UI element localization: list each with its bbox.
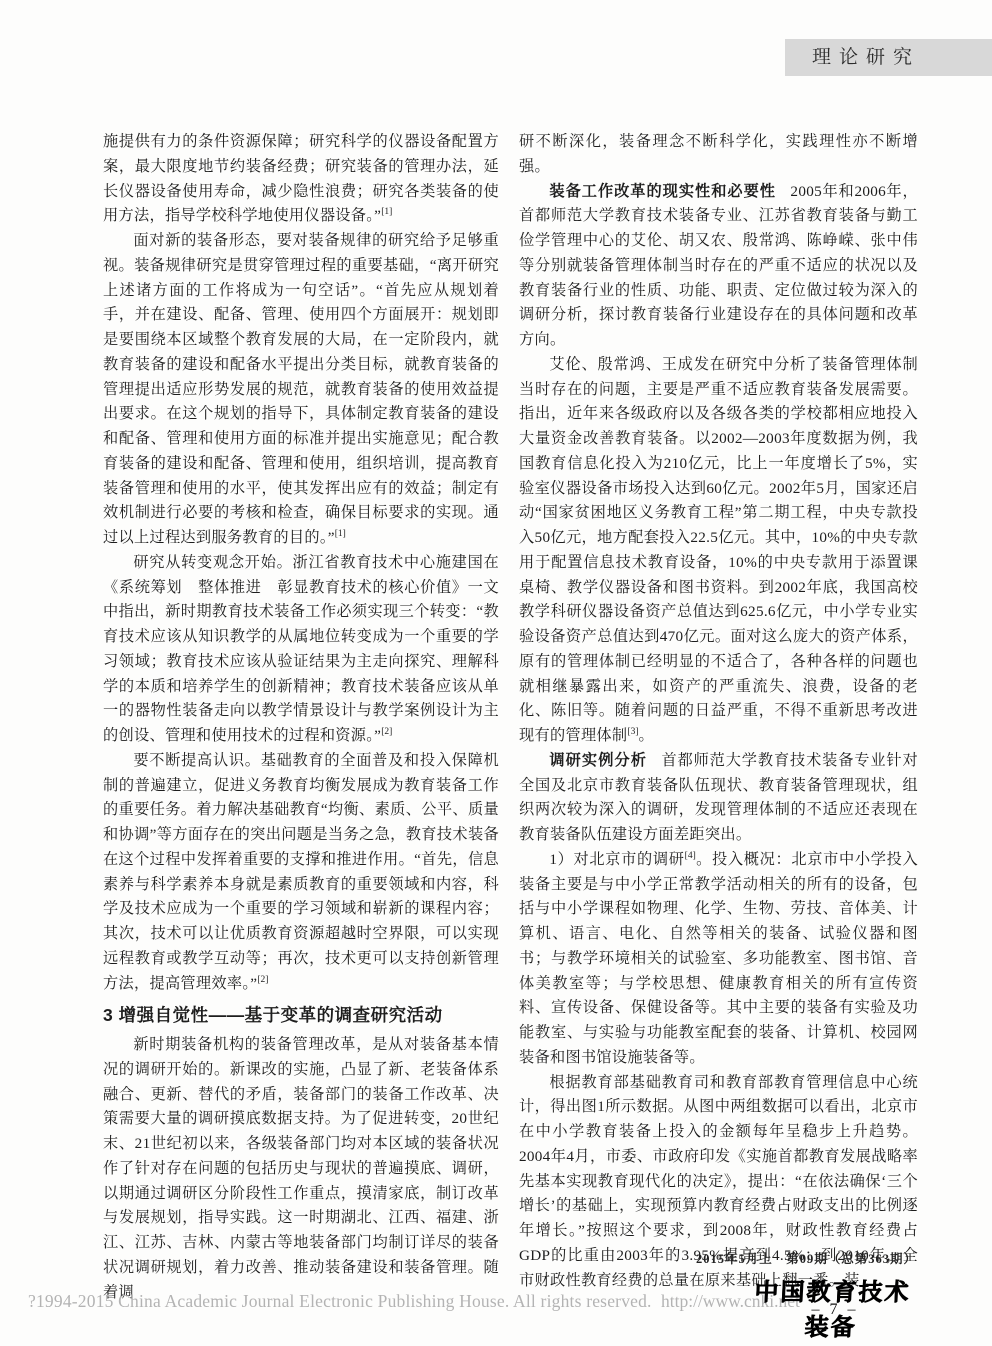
reference-marker: [2]: [257, 974, 268, 984]
paragraph-text: 艾伦、殷常鸿、王成发在研究中分析了装备管理体制当时存在的问题，主要是严重不适应教…: [519, 356, 918, 744]
copyright-watermark: ?1994-2015 China Academic Journal Electr…: [28, 1291, 652, 1312]
reference-marker: [1]: [381, 207, 392, 217]
paragraph: 要不断提高认识。基础教育的全面普及和投入保障机制的普遍建立，促进义务教育均衡发展…: [103, 749, 499, 997]
journal-page: 理论研究 施提供有力的条件资源保障；研究科学的仪器设备配置方案，最大限度地节约装…: [0, 0, 992, 1346]
section-heading: 3 增强自觉性——基于变革的调查研究活动: [103, 1003, 499, 1028]
paragraph-text: 2005年和2006年，首都师范大学教育技术装备专业、江苏省教育装备与勤工俭学管…: [519, 183, 918, 349]
paragraph: 施提供有力的条件资源保障；研究科学的仪器设备配置方案，最大限度地节约装备经费；研…: [103, 130, 499, 229]
page-number: – 7 –: [790, 1301, 880, 1319]
reference-marker: [3]: [627, 727, 638, 737]
paragraph-text: 施提供有力的条件资源保障；研究科学的仪器设备配置方案，最大限度地节约装备经费；研…: [103, 133, 499, 224]
run-in-heading: 调研实例分析: [549, 752, 647, 769]
paragraph: 艾伦、殷常鸿、王成发在研究中分析了装备管理体制当时存在的问题，主要是严重不适应教…: [519, 353, 918, 749]
section-tag: 理论研究: [785, 39, 992, 76]
left-column: 施提供有力的条件资源保障；研究科学的仪器设备配置方案，最大限度地节约装备经费；研…: [103, 130, 499, 1305]
paragraph: 面对新的装备形态，要对装备规律的研究给予足够重视。装备规律研究是贯穿管理过程的重…: [103, 229, 499, 551]
paragraph-text: 。: [639, 727, 655, 744]
paragraph-text: 。投入概况：北京市中小学投入装备主要是与中小学正常教学活动相关的所有的设备，包括…: [519, 851, 918, 1066]
paragraph-text: 研究从转变观念开始。浙江省教育技术中心施建国在《系统筹划 整体推进 彰显教育技术…: [103, 554, 499, 744]
paragraph: 装备工作改革的现实性和必要性2005年和2006年，首都师范大学教育技术装备专业…: [519, 180, 918, 353]
right-column: 研不断深化，装备理念不断科学化，实践理性亦不断增强。 装备工作改革的现实性和必要…: [519, 130, 918, 1293]
run-in-heading: 装备工作改革的现实性和必要性: [549, 183, 776, 200]
paragraph-text: 研不断深化，装备理念不断科学化，实践理性亦不断增强。: [519, 133, 918, 175]
reference-marker: [4]: [685, 851, 696, 861]
paragraph-text: 面对新的装备形态，要对装备规律的研究给予足够重视。装备规律研究是贯穿管理过程的重…: [103, 232, 499, 546]
paragraph: 研不断深化，装备理念不断科学化，实践理性亦不断增强。: [519, 130, 918, 180]
paragraph: 调研实例分析首都师范大学教育技术装备专业针对全国及北京市教育装备队伍现状、教育装…: [519, 749, 918, 848]
paragraph-text: 要不断提高认识。基础教育的全面普及和投入保障机制的普遍建立，促进义务教育均衡发展…: [103, 752, 499, 992]
issue-line: 2015年5月上 第09期（总第363期）: [0, 1249, 917, 1267]
reference-marker: [1]: [335, 529, 346, 539]
paragraph: 研究从转变观念开始。浙江省教育技术中心施建国在《系统筹划 整体推进 彰显教育技术…: [103, 551, 499, 749]
reference-marker: [2]: [381, 727, 392, 737]
paragraph-text: 1）对北京市的调研: [549, 851, 684, 868]
paragraph: 1）对北京市的调研[4]。投入概况：北京市中小学投入装备主要是与中小学正常教学活…: [519, 848, 918, 1071]
